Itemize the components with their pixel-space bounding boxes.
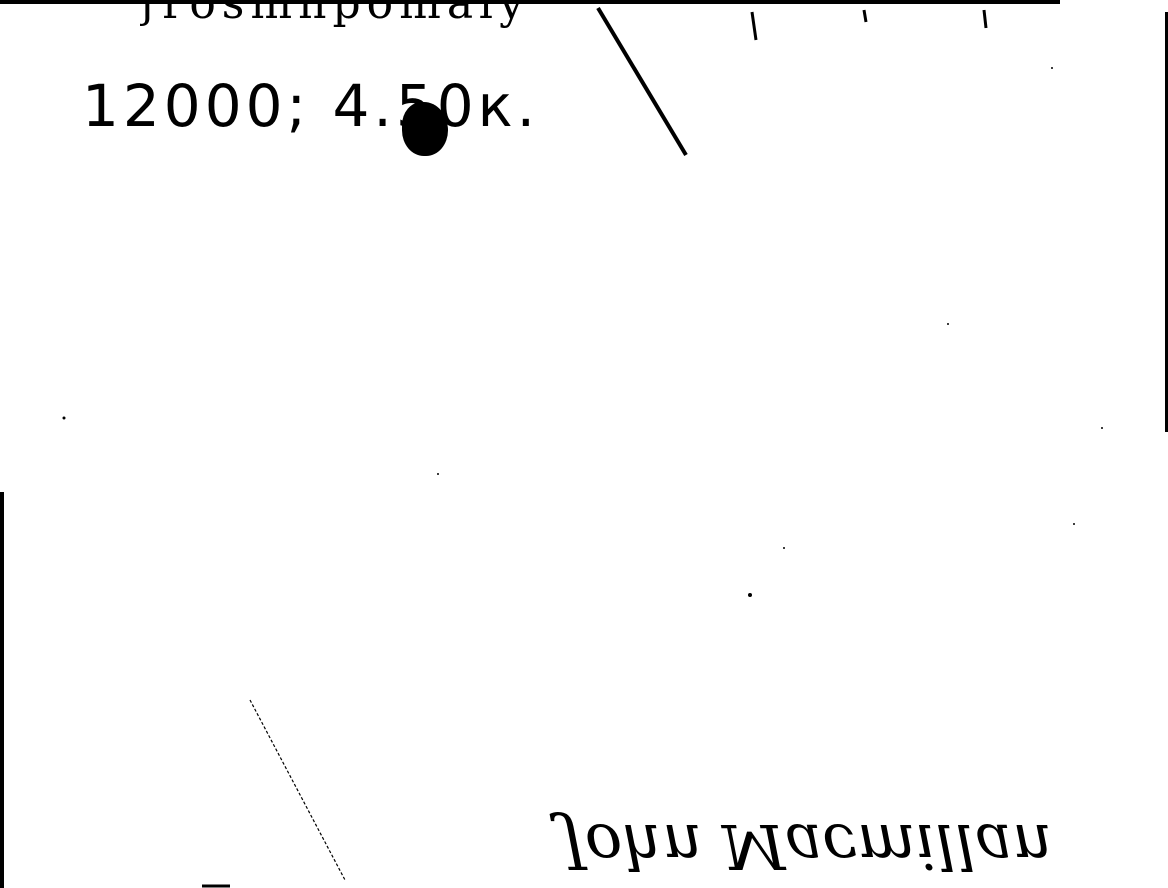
inverted-signature: John Macmillan <box>560 810 1052 883</box>
diagonal-stroke <box>598 8 686 155</box>
scanned-page: ƒrosmnpomaly 12000; 4.50к. John Macmilla… <box>0 0 1168 888</box>
pen-strokes <box>0 0 1168 888</box>
tick-mark <box>984 10 986 28</box>
faint-diagonal-line <box>250 700 345 880</box>
tick-mark <box>864 10 866 22</box>
tick-mark <box>752 12 756 40</box>
